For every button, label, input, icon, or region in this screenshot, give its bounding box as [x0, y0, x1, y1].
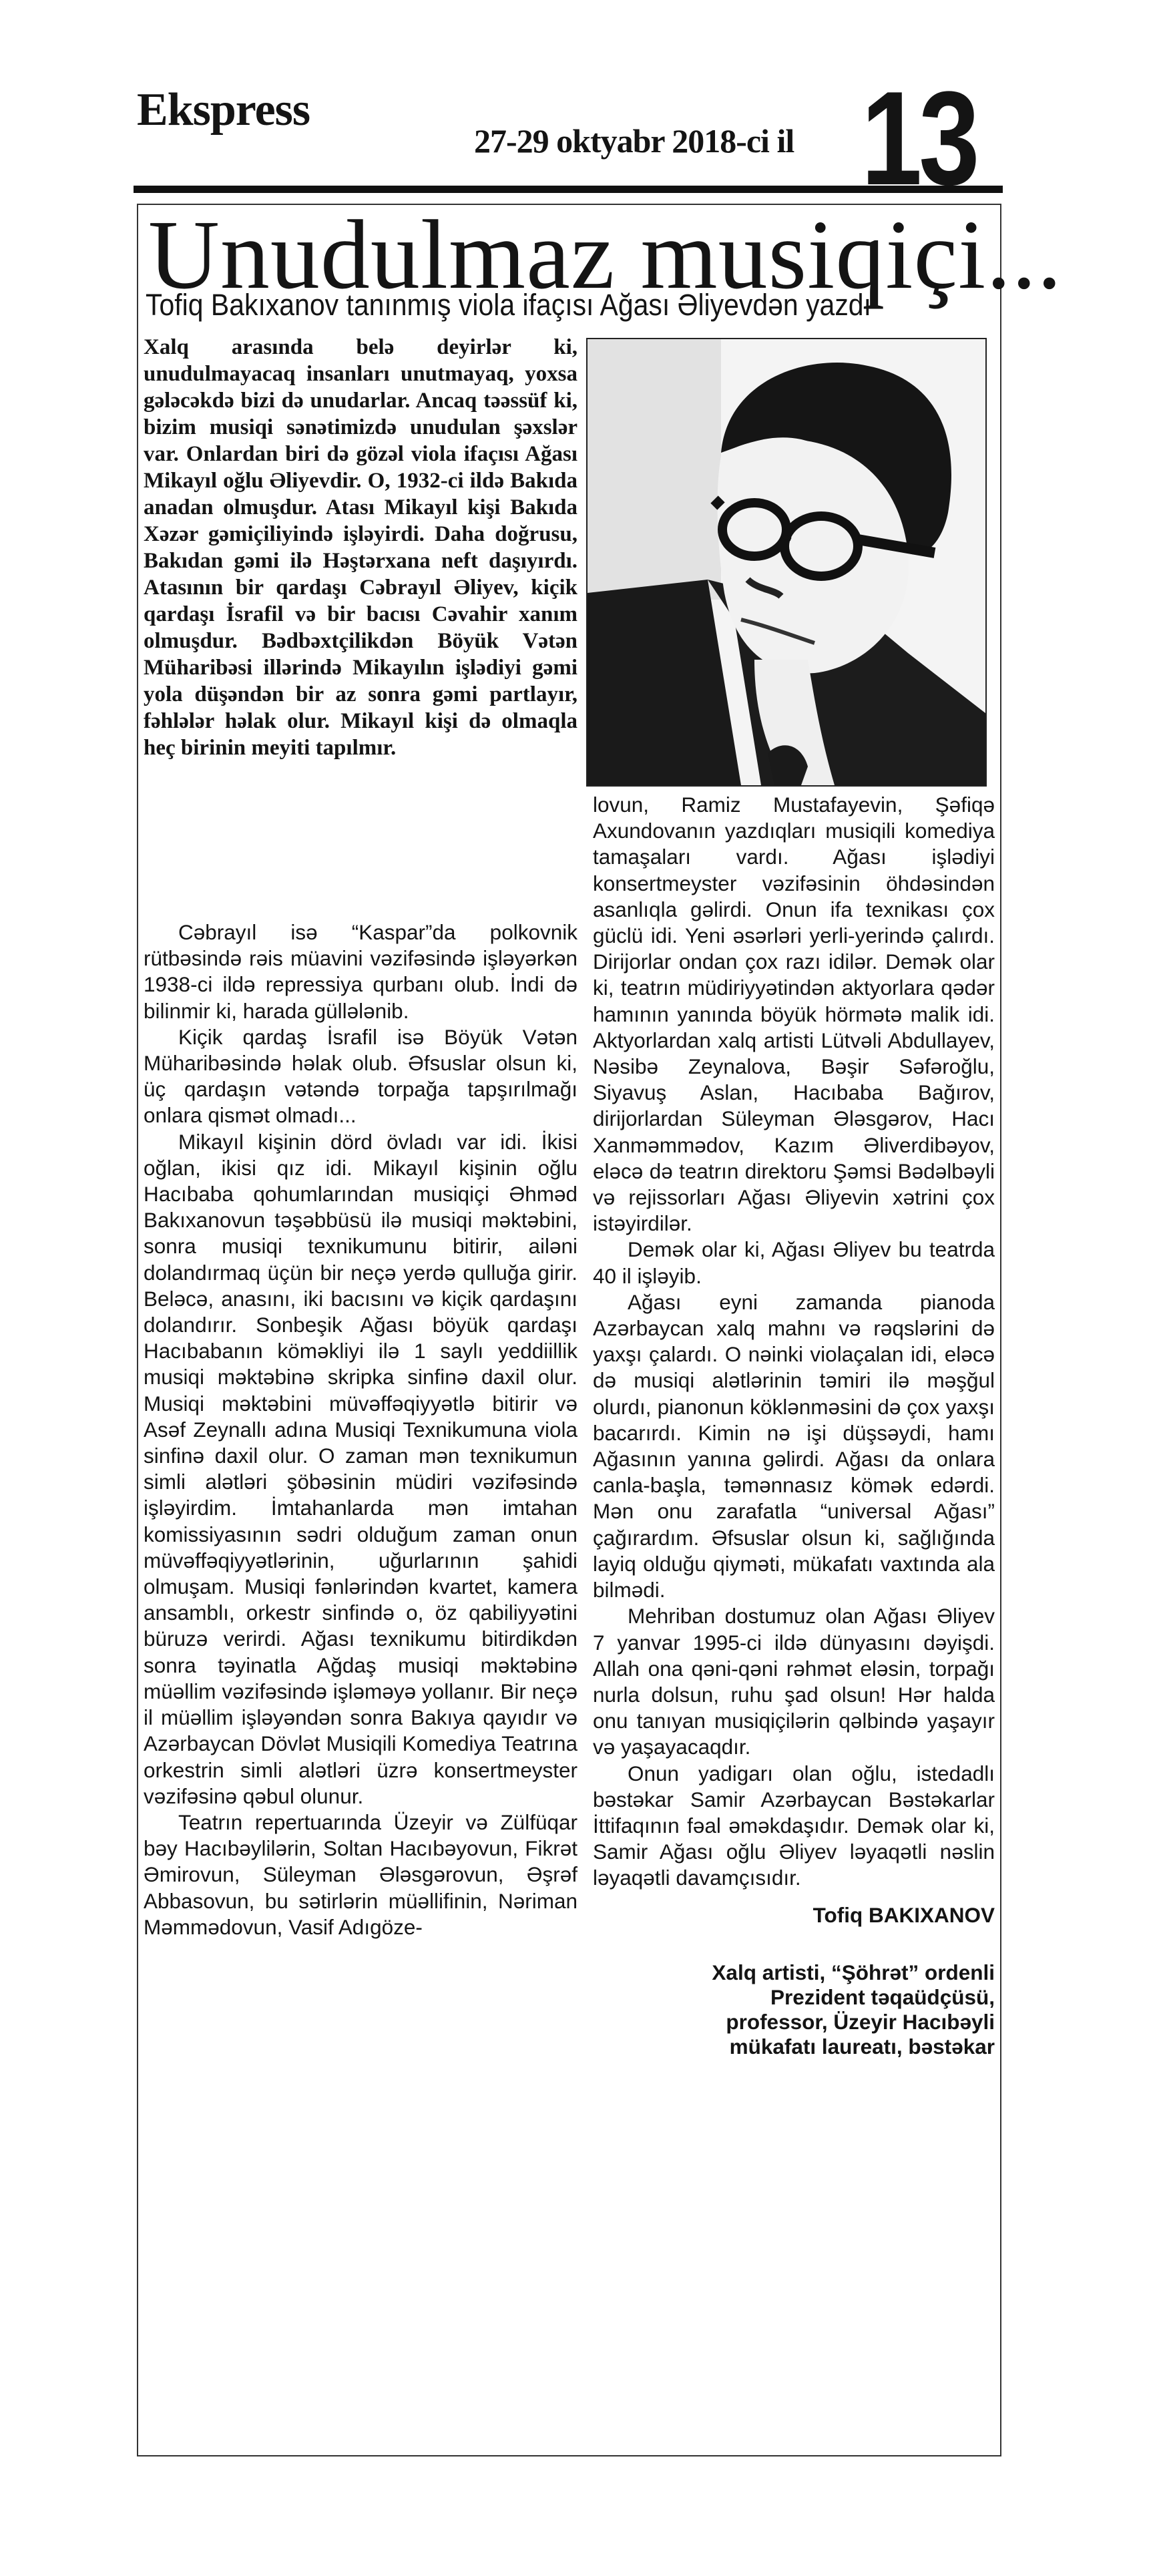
- article-photo: [586, 338, 987, 787]
- paragraph: Mikayıl kişinin dörd övladı var idi. İki…: [144, 1129, 577, 1809]
- portrait-photo-icon: [588, 339, 985, 785]
- credential-line: Xalq artisti, “Şöhrət” ordenli: [593, 1960, 995, 1985]
- paragraph: Mehriban dostumuz olan Ağası Əliyev 7 ya…: [593, 1603, 995, 1760]
- paragraph: Cəbrayıl isə “Kaspar”da polkovnik rütbəs…: [144, 919, 577, 1024]
- credential-line: professor, Üzeyir Hacıbəyli: [593, 2010, 995, 2034]
- credential-line: Prezident təqaüdçüsü,: [593, 1985, 995, 2010]
- article-left-column: Cəbrayıl isə “Kaspar”da polkovnik rütbəs…: [144, 919, 577, 1940]
- author-credentials: Xalq artisti, “Şöhrət” ordenli Prezident…: [593, 1960, 995, 2059]
- paragraph: Onun yadigarı olan oğlu, istedadlı bəstə…: [593, 1761, 995, 1892]
- article-subtitle: Tofiq Bakıxanov tanınmış viola ifaçısı A…: [146, 288, 871, 322]
- paragraph: Demək olar ki, Ağası Əliyev bu teatrda 4…: [593, 1237, 995, 1289]
- article-right-column: lovun, Ramiz Mustafayevin, Şəfiqə Axundo…: [593, 792, 995, 2059]
- paragraph: Ağası eyni zamanda pianoda Azərbaycan xa…: [593, 1289, 995, 1603]
- credential-line: mükafatı laureatı, bəstəkar: [593, 2034, 995, 2059]
- masthead-publication-name: Ekspress: [137, 87, 310, 134]
- masthead-date: 27-29 oktyabr 2018-ci il: [474, 124, 794, 158]
- paragraph: Kiçik qardaş İsrafil isə Böyük Vətən Müh…: [144, 1024, 577, 1129]
- article-lead-column: Xalq arasında belə deyirlər ki, unudulma…: [144, 334, 577, 761]
- masthead-rule: [134, 186, 1003, 193]
- paragraph: Teatrın repertuarında Üzeyir və Zülfüqar…: [144, 1809, 577, 1940]
- paragraph: lovun, Ramiz Mustafayevin, Şəfiqə Axundo…: [593, 792, 995, 1237]
- lead-paragraph: Xalq arasında belə deyirlər ki, unudulma…: [144, 334, 577, 761]
- author-signature: Tofiq BAKIXANOV: [593, 1902, 995, 1928]
